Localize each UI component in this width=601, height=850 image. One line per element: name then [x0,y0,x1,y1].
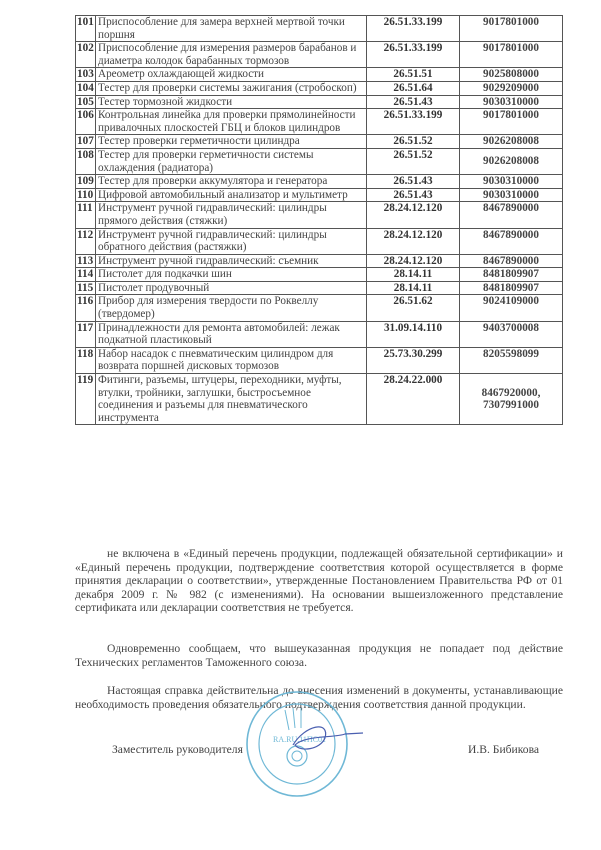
okpd-code: 26.51.43 [367,95,460,109]
tnved-code: 9026208008 [460,135,563,149]
tnved-code: 9030310000 [460,95,563,109]
tnved-code: 8467890000 [460,228,563,254]
item-description: Прибор для измерения твердости по Роквел… [96,295,367,321]
row-number: 103 [76,68,96,82]
table-row: 108Тестер для проверки герметичности сис… [76,148,563,174]
signatory-title: Заместитель руководителя [112,743,243,756]
okpd-code: 28.14.11 [367,281,460,295]
row-number: 105 [76,95,96,109]
tnved-code: 8205598099 [460,347,563,373]
item-description: Пистолет для подкачки шин [96,268,367,282]
tnved-code: 9017801000 [460,16,563,42]
row-number: 110 [76,188,96,202]
row-number: 104 [76,81,96,95]
table-row: 105Тестер тормозной жидкости26.51.439030… [76,95,563,109]
item-description: Инструмент ручной гидравлический: цилинд… [96,228,367,254]
paragraph-not-included: не включена в «Единый перечень продукции… [75,547,563,615]
table-row: 107Тестер проверки герметичности цилиндр… [76,135,563,149]
table-row: 114Пистолет для подкачки шин28.14.118481… [76,268,563,282]
row-number: 119 [76,374,96,425]
okpd-code: 26.51.43 [367,188,460,202]
tnved-code: 8467920000, 7307991000 [460,374,563,425]
item-description: Пистолет продувочный [96,281,367,295]
okpd-code: 26.51.43 [367,175,460,189]
okpd-code: 28.24.12.120 [367,202,460,228]
tnved-code: 9030310000 [460,175,563,189]
tnved-code: 9017801000 [460,109,563,135]
products-table: 101Приспособление для замера верхней мер… [75,15,563,425]
row-number: 101 [76,16,96,42]
paragraph-technical-regulations: Одновременно сообщаем, что вышеуказанная… [75,642,563,669]
item-description: Приспособление для замера верхней мертво… [96,16,367,42]
okpd-code: 26.51.62 [367,295,460,321]
item-description: Контрольная линейка для проверки прямоли… [96,109,367,135]
table-row: 115Пистолет продувочный28.14.11848180990… [76,281,563,295]
row-number: 116 [76,295,96,321]
row-number: 115 [76,281,96,295]
row-number: 106 [76,109,96,135]
table-row: 113Инструмент ручной гидравлический: съе… [76,254,563,268]
okpd-code: 26.51.52 [367,148,460,174]
table-row: 104Тестер для проверки системы зажигания… [76,81,563,95]
row-number: 109 [76,175,96,189]
okpd-code: 26.51.33.199 [367,16,460,42]
row-number: 112 [76,228,96,254]
row-number: 107 [76,135,96,149]
table-row: 109Тестер для проверки аккумулятора и ге… [76,175,563,189]
row-number: 102 [76,42,96,68]
row-number: 114 [76,268,96,282]
okpd-code: 26.51.52 [367,135,460,149]
item-description: Тестер проверки герметичности цилиндра [96,135,367,149]
item-description: Инструмент ручной гидравлический: цилинд… [96,202,367,228]
row-number: 108 [76,148,96,174]
tnved-code: 9026208008 [460,148,563,174]
item-description: Тестер для проверки системы зажигания (с… [96,81,367,95]
item-description: Приспособление для измерения размеров ба… [96,42,367,68]
table-row: 102Приспособление для измерения размеров… [76,42,563,68]
tnved-code: 8481809907 [460,268,563,282]
okpd-code: 25.73.30.299 [367,347,460,373]
okpd-code: 26.51.64 [367,81,460,95]
table-row: 111Инструмент ручной гидравлический: цил… [76,202,563,228]
table-row: 110Цифровой автомобильный анализатор и м… [76,188,563,202]
item-description: Принадлежности для ремонта автомобилей: … [96,321,367,347]
row-number: 113 [76,254,96,268]
tnved-code: 8467890000 [460,202,563,228]
okpd-code: 28.14.11 [367,268,460,282]
okpd-code: 31.09.14.110 [367,321,460,347]
table-row: 106Контрольная линейка для проверки прям… [76,109,563,135]
okpd-code: 28.24.22.000 [367,374,460,425]
okpd-code: 26.51.33.199 [367,42,460,68]
item-description: Инструмент ручной гидравлический: съемни… [96,254,367,268]
stamp-icon: RA.RU.11ПС01 [245,690,365,802]
okpd-code: 28.24.12.120 [367,228,460,254]
item-description: Цифровой автомобильный анализатор и муль… [96,188,367,202]
row-number: 117 [76,321,96,347]
okpd-code: 28.24.12.120 [367,254,460,268]
table-row: 119Фитинги, разъемы, штуцеры, переходник… [76,374,563,425]
okpd-code: 26.51.33.199 [367,109,460,135]
okpd-code: 26.51.51 [367,68,460,82]
tnved-code: 9403700008 [460,321,563,347]
row-number: 118 [76,347,96,373]
table-row: 103Ареометр охлаждающей жидкости26.51.51… [76,68,563,82]
table-row: 118Набор насадок с пневматическим цилинд… [76,347,563,373]
signatory-name: И.В. Бибикова [468,743,539,756]
item-description: Тестер для проверки аккумулятора и генер… [96,175,367,189]
item-description: Ареометр охлаждающей жидкости [96,68,367,82]
tnved-code: 8481809907 [460,281,563,295]
tnved-code: 9017801000 [460,42,563,68]
item-description: Фитинги, разъемы, штуцеры, переходники, … [96,374,367,425]
tnved-code: 9025808000 [460,68,563,82]
item-description: Тестер тормозной жидкости [96,95,367,109]
table-row: 116Прибор для измерения твердости по Рок… [76,295,563,321]
tnved-code: 9029209000 [460,81,563,95]
table-row: 117Принадлежности для ремонта автомобиле… [76,321,563,347]
table-row: 101Приспособление для замера верхней мер… [76,16,563,42]
item-description: Набор насадок с пневматическим цилиндром… [96,347,367,373]
tnved-code: 8467890000 [460,254,563,268]
table-row: 112Инструмент ручной гидравлический: цил… [76,228,563,254]
item-description: Тестер для проверки герметичности систем… [96,148,367,174]
row-number: 111 [76,202,96,228]
tnved-code: 9030310000 [460,188,563,202]
tnved-code: 9024109000 [460,295,563,321]
